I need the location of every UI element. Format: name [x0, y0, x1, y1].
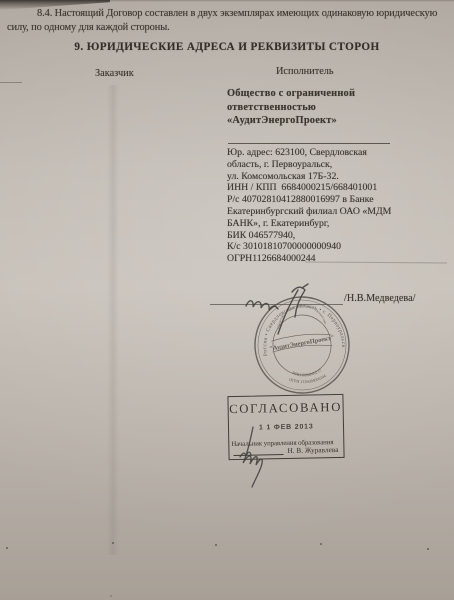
contractor-details-line: ул. Комсомольская 17Б-32. — [227, 171, 391, 183]
medvedeva-handwritten-signature — [236, 278, 348, 344]
paper-crease — [107, 85, 119, 555]
contractor-details-line: ИНН / КПП 6684000215/668401001 — [227, 182, 391, 194]
contractor-details-line: БИК 046577940, — [227, 230, 391, 242]
contractor-name-line: Общество с ограниченной — [227, 87, 355, 101]
contractor-details-line: Юр. адрес: 623100, Свердловская — [227, 147, 391, 159]
approval-title: СОГЛАСОВАНО — [229, 400, 343, 417]
contractor-details-line: БАНК», г. Екатеринбург, — [227, 218, 391, 230]
contractor-label: Исполнитель — [276, 66, 334, 77]
paper-speck — [112, 542, 114, 544]
paper-speck — [427, 548, 429, 550]
left-margin-mark — [0, 82, 22, 83]
paper-speck — [6, 547, 8, 549]
document-photo: 8.4. Настоящий Договор составлен в двух … — [0, 0, 454, 600]
contractor-details-line: ОГРН1126684000244 — [227, 253, 391, 265]
contractor-details-line: К/с 30101810700000000940 — [227, 241, 391, 253]
section-9-heading: 9. ЮРИДИЧЕСКИЕ АДРЕСА И РЕКВИЗИТЫ СТОРОН — [0, 41, 454, 53]
contractor-name-line: ответственностью — [227, 101, 355, 115]
customer-label: Заказчик — [95, 68, 134, 79]
contractor-details-line: Екатеринбургский филиал ОАО «МДМ — [227, 206, 391, 218]
paper-speck — [320, 543, 322, 545]
contractor-details-block: Юр. адрес: 623100, Свердловская область,… — [227, 147, 391, 265]
contractor-name-block: Общество с ограниченной ответственностью… — [227, 87, 355, 128]
contractor-details-line: Р/с 40702810412880016997 в Банке — [227, 194, 391, 206]
zhuravleva-handwritten-signature — [232, 417, 296, 491]
clause-8-4-text: 8.4. Настоящий Договор составлен в двух … — [7, 7, 452, 34]
paper-speck — [215, 544, 217, 546]
paper-speck — [110, 595, 112, 597]
details-separator-line — [228, 143, 390, 144]
contractor-name-line: «АудитЭнергоПроект» — [227, 114, 355, 128]
contractor-details-line: область, г. Первоуральск, — [227, 159, 391, 171]
